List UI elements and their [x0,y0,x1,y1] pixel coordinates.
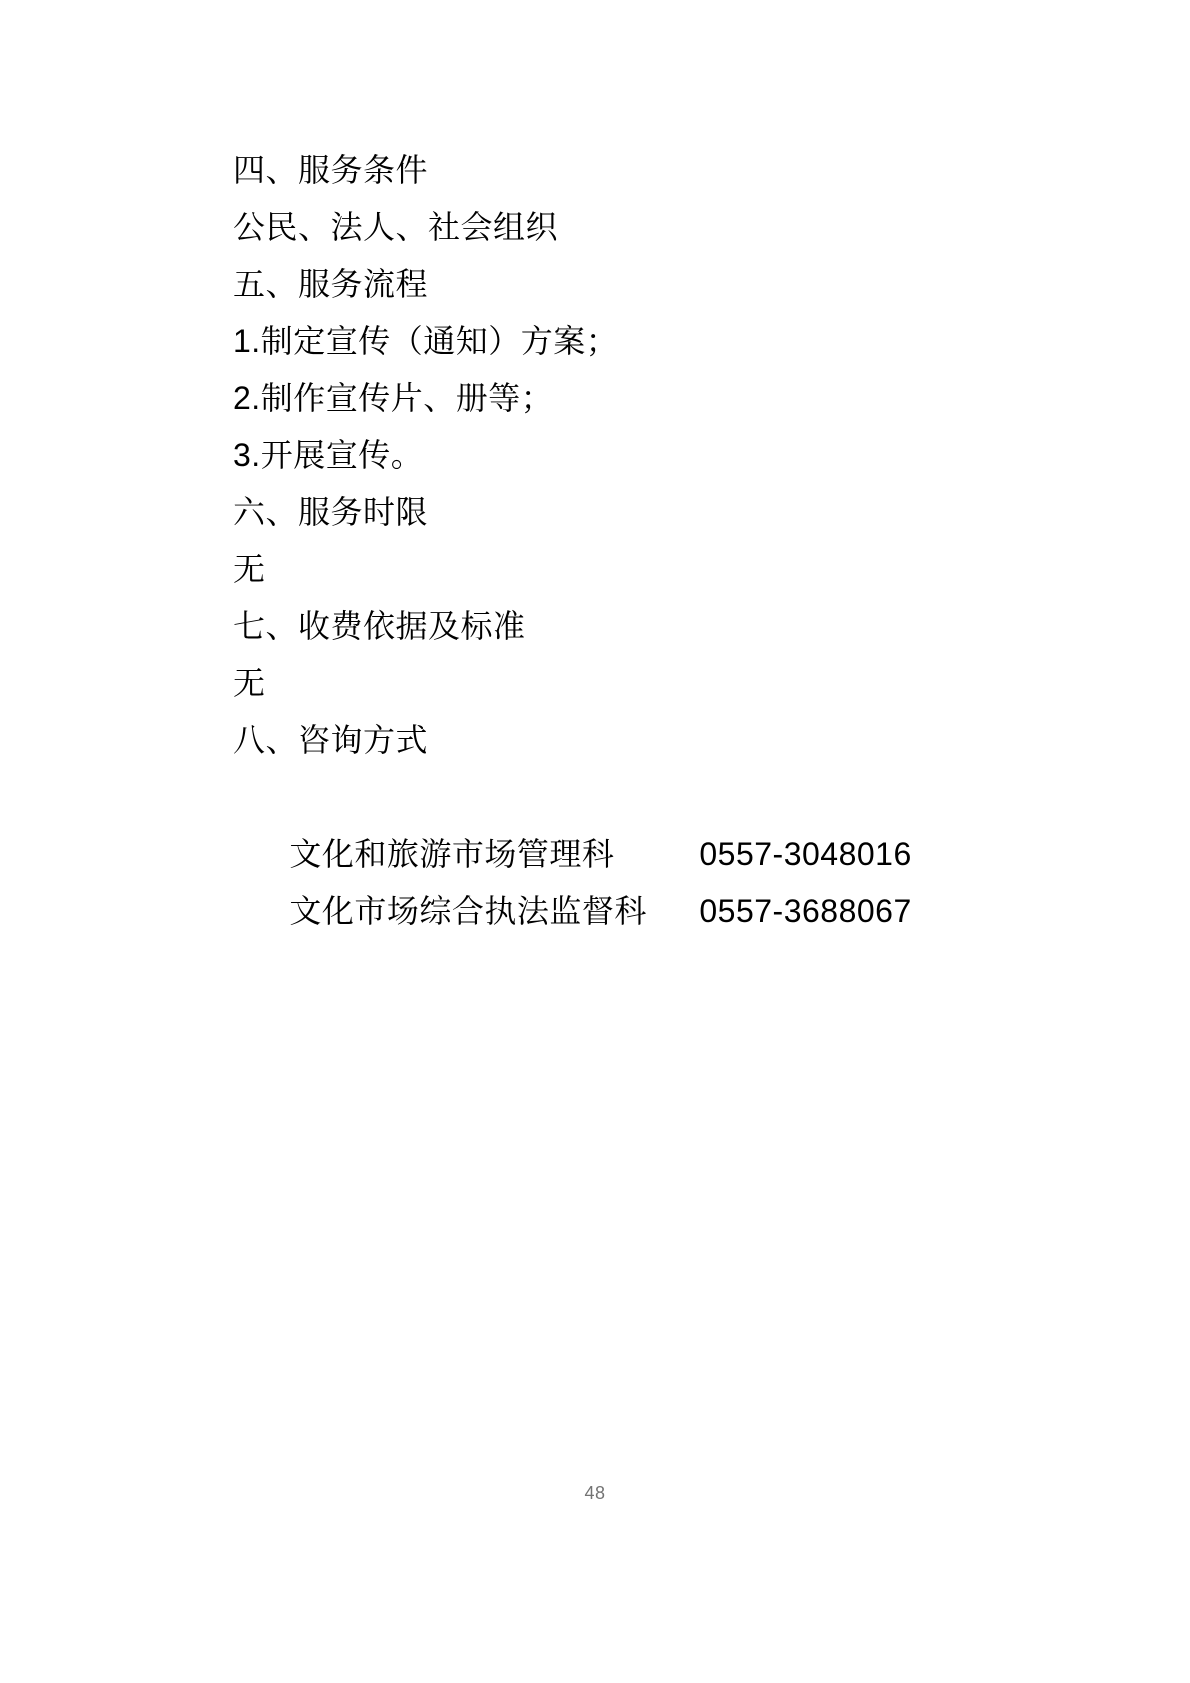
document-page: 四、服务条件 公民、法人、社会组织 五、服务流程 1.制定宣传（通知）方案； 2… [0,0,1190,1683]
document-body: 四、服务条件 公民、法人、社会组织 五、服务流程 1.制定宣传（通知）方案； 2… [233,142,912,883]
contact-phone-number: 0557-3688067 [699,883,911,940]
text-eligible-applicants: 公民、法人、社会组织 [233,199,912,256]
text-time-limit-none: 无 [233,541,912,598]
contact-department-name: 文化市场综合执法监督科 [289,883,699,940]
text-process-step-3: 3.开展宣传。 [233,427,912,484]
page-number: 48 [0,1482,1190,1504]
heading-section-8-consultation-method: 八、咨询方式 [233,712,912,769]
text-process-step-1: 1.制定宣传（通知）方案； [233,313,912,370]
contact-phone-number: 0557-3048016 [699,826,911,883]
text-process-step-2: 2.制作宣传片、册等； [233,370,912,427]
heading-section-5-service-process: 五、服务流程 [233,256,912,313]
contact-row-market-management: 文化和旅游市场管理科0557-3048016 [233,769,912,826]
text-fee-none: 无 [233,655,912,712]
heading-section-7-fee-basis-standard: 七、收费依据及标准 [233,598,912,655]
heading-section-4-service-conditions: 四、服务条件 [233,142,912,199]
heading-section-6-service-time-limit: 六、服务时限 [233,484,912,541]
contact-department-name: 文化和旅游市场管理科 [289,826,699,883]
